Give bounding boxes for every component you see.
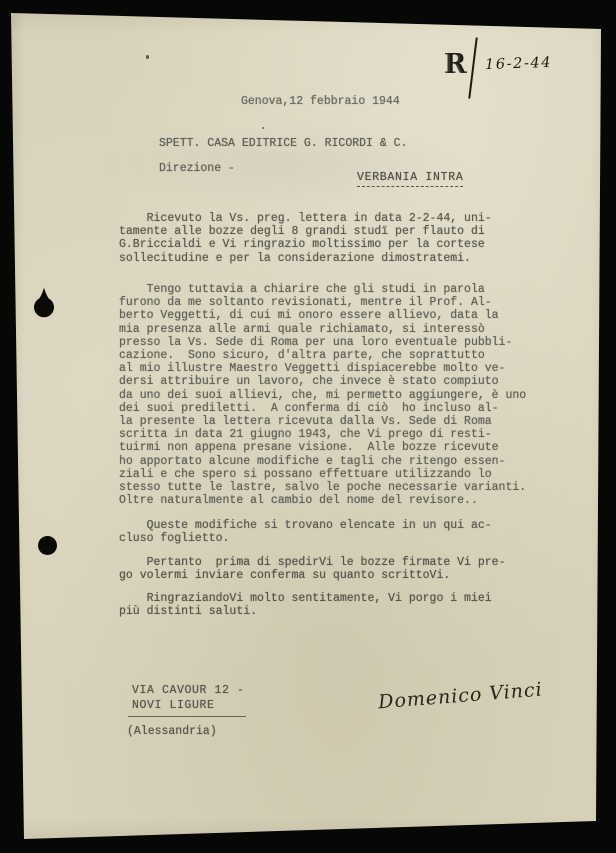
sender-address-line2: NOVI LIGURE [132, 699, 215, 712]
registry-slash-stroke [468, 37, 478, 99]
body-paragraph-3: Queste modifiche si trovano elencate in … [119, 519, 587, 545]
registry-mark-handwritten: R [446, 50, 466, 80]
body-paragraph-4: Pertanto prima di spedirVi le bozze firm… [119, 556, 587, 582]
address-underline-divider [128, 716, 246, 717]
hole-punch-top [33, 287, 55, 318]
signature-handwritten: Domenico Vinci [377, 677, 568, 714]
ink-speck [262, 127, 264, 129]
hole-punch-bottom [38, 536, 57, 555]
body-paragraph-5: RingraziandoVi molto sentitamente, Vi po… [119, 592, 587, 618]
letter-page: R 16-2-44 Genova,12 febbraio 1944 SPETT.… [0, 0, 616, 853]
recipient-department-line: Direzione - [159, 162, 235, 175]
sender-province-line: (Alessandria) [127, 725, 217, 738]
sender-address-line1: VIA CAVOUR 12 - [132, 684, 245, 697]
recipient-city-line: VERBANIA INTRA [357, 171, 463, 187]
body-paragraph-1: Ricevuto la Vs. preg. lettera in data 2-… [119, 212, 587, 265]
place-date-line: Genova,12 febbraio 1944 [241, 95, 400, 108]
hole-punch-teardrop-shape [33, 287, 55, 318]
body-paragraph-2: Tengo tuttavia a chiarire che gli studi … [119, 283, 587, 507]
ink-speck [146, 55, 149, 59]
recipient-company-line: SPETT. CASA EDITRICE G. RICORDI & C. [159, 137, 407, 150]
registry-date-handwritten: 16-2-44 [485, 55, 553, 73]
